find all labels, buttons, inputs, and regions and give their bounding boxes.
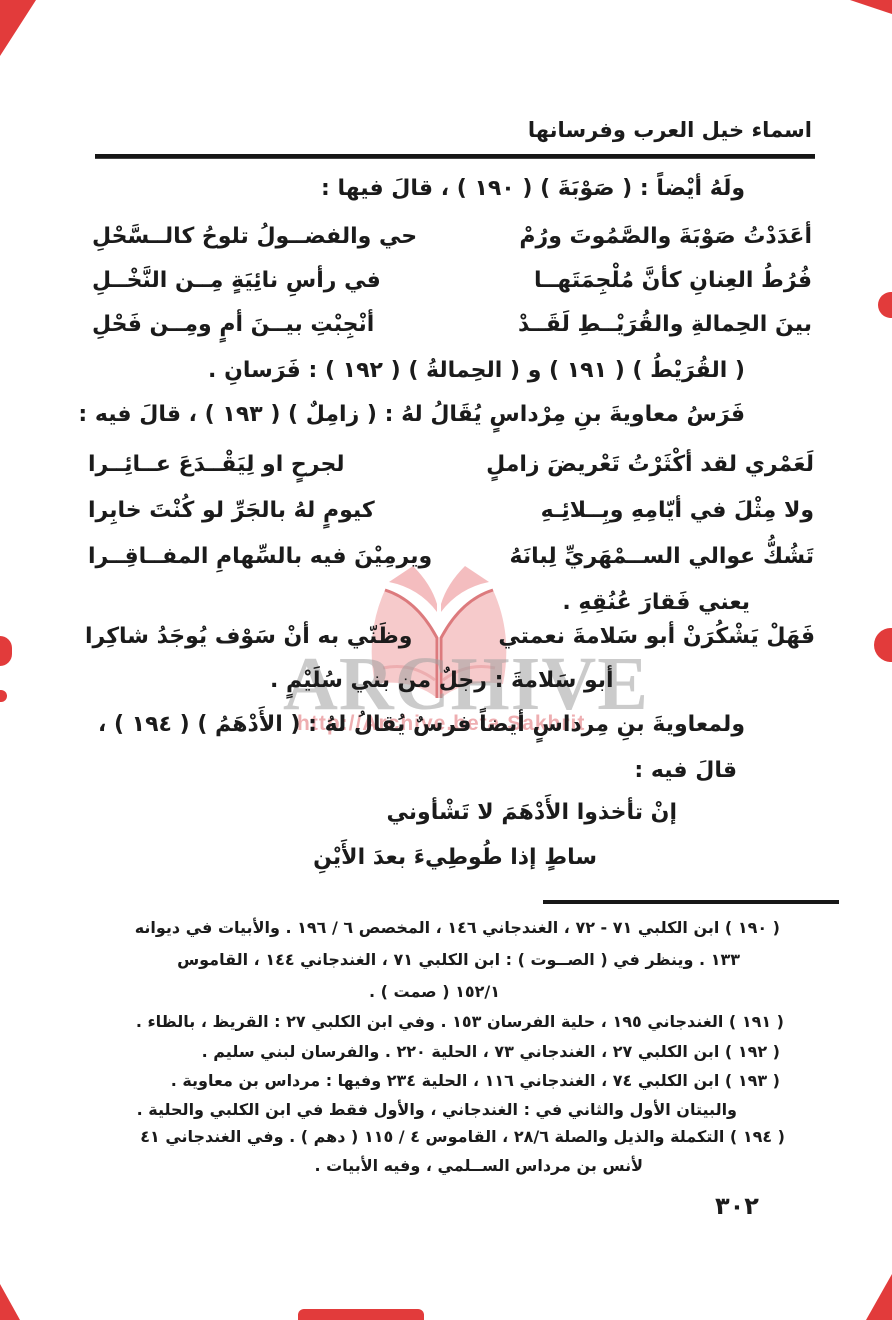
hemistich-right: لَعَمْري لقد أكْثَرْتُ تَعْريضَ زاملٍ [486, 452, 814, 477]
intro-line-sawba: ولَهُ أيْضاً : ( صَوْبَةَ ) ( ١٩٠ ) ، قا… [321, 176, 745, 201]
poem-row-abu-salama: فَهَلْ يَشْكُرَنْ أبو سَلامةَ نعمتي وظَن… [85, 624, 815, 649]
red-edge-mark-top-left [0, 0, 36, 56]
hemistich-right: بينَ الحِمالةِ والقُرَيْــطِ لَقَــدْ [518, 312, 812, 337]
poem1-row-2: فُرُطُ العِنانِ كأنَّ مُلْجِمَتَهــا في … [92, 268, 812, 293]
red-edge-mark-top-right [850, 0, 892, 14]
gloss-line-faqar: يعني فَقارَ عُنُقِهِ . [562, 590, 750, 615]
qala-fih-line: قالَ فيه : [634, 758, 737, 783]
footnote-190-line-2: ١٣٣ . وينظر في ( الصــوت ) : ابن الكلبي … [177, 950, 740, 969]
hemistich-right: فَهَلْ يَشْكُرَنْ أبو سَلامةَ نعمتي [498, 624, 815, 649]
intro-line-zamil: فَرَسُ معاويةَ بنِ مِرْداسٍ يُقَالُ لهُ … [78, 402, 745, 427]
hemistich-right: ولا مِثْلَ في أيّامِهِ وبِــلائِـهِ [541, 498, 814, 523]
red-edge-mark-bottom-left [0, 1284, 20, 1320]
prose-line-qurayt-himala: ( القُرَيْطُ ) ( ١٩١ ) و ( الحِمالةُ ) (… [208, 358, 745, 383]
poem2-row-2: ولا مِثْلَ في أيّامِهِ وبِــلائِـهِ كيوم… [88, 498, 814, 523]
footnote-191: ( ١٩١ ) الغندجاني ١٩٥ ، حلية الفرسان ١٥٣… [136, 1012, 784, 1031]
red-edge-mark-bottom-right [866, 1274, 892, 1320]
footnote-190-line-3: ١٥٢/١ ( صمت ) . [369, 982, 500, 1001]
poem2-row-1: لَعَمْري لقد أكْثَرْتُ تَعْريضَ زاملٍ لج… [88, 452, 814, 477]
red-edge-mark-right-upper [878, 292, 892, 318]
footnote-193-line-2: والبيتان الأول والثاني في : الغندجاني ، … [137, 1100, 737, 1119]
hemistich-right: فُرُطُ العِنانِ كأنَّ مُلْجِمَتَهــا [534, 268, 812, 293]
hemistich-left: كيومٍ لهُ بالجَرِّ لو كُنْتَ خابِرا [88, 498, 375, 523]
poem2-row-3: تَشُكُّ عوالي الســمْهَريِّ لِبانَهُ وير… [88, 544, 814, 569]
poem1-row-3: بينَ الحِمالةِ والقُرَيْــطِ لَقَــدْ أن… [92, 312, 812, 337]
hemistich-right: أعَدَدْتُ صَوْبَةَ والصَّمُوتَ ورُمْ [519, 224, 812, 249]
gloss-line-abu-salama: أبو سَلامةَ : رجلٌ من بني سُلَيْمٍ . [270, 668, 614, 693]
red-edge-mark-left-small [0, 690, 7, 702]
couplet-line-2: ساطٍ إذا طُوطِيءَ بعدَ الأَيْنِ [313, 845, 597, 870]
hemistich-left: في رأسِ نائِيَةٍ مِــن النَّخْــلِ [92, 268, 381, 293]
red-edge-mark-bottom-center [298, 1309, 424, 1320]
page-number: ٣٠٢ [715, 1192, 759, 1220]
red-edge-mark-right-middle [874, 628, 892, 662]
footnote-190-line-1: ( ١٩٠ ) ابن الكلبي ٧١ - ٧٢ ، الغندجاني ١… [135, 918, 780, 937]
footnote-194-line-1: ( ١٩٤ ) التكملة والذيل والصلة ٢٨/٦ ، الق… [140, 1127, 785, 1146]
hemistich-left: وظَنّي به أنْ سَوْف يُوجَدُ شاكِرا [85, 624, 412, 649]
hemistich-right: تَشُكُّ عوالي الســمْهَريِّ لِبانَهُ [510, 544, 814, 569]
footnote-separator-rule [543, 900, 839, 904]
footnote-194-line-2: لأنس بن مرداس الســلمي ، وفيه الأبيات . [314, 1156, 643, 1175]
header-rule [95, 154, 815, 159]
couplet-line-1: إنْ تأخذوا الأَدْهَمَ لا تَشْأوني [387, 800, 677, 825]
page-title: اسماء خيل العرب وفرسانها [528, 118, 812, 142]
poem1-row-1: أعَدَدْتُ صَوْبَةَ والصَّمُوتَ ورُمْ حي … [92, 224, 812, 249]
hemistich-left: حي والفضــولُ تلوحُ كالــسَّحْلِ [92, 224, 417, 249]
footnote-192: ( ١٩٢ ) ابن الكلبي ٢٧ ، الغندجاني ٧٣ ، ا… [202, 1042, 780, 1061]
hemistich-left: أنْجِبْتِ بيــنَ أمٍ ومِــن فَحْلِ [92, 312, 374, 337]
red-edge-mark-left-middle [0, 636, 12, 666]
hemistich-left: ويرمِيْنَ فيه بالسِّهامِ المفــاقِــرا [88, 544, 432, 569]
hemistich-left: لجرحٍ او لِيَقْــدَعَ عــائِــرا [88, 452, 345, 477]
intro-line-adham: ولمعاويةَ بنِ مِرداسٍ أيضاً فرسٌ يُقالُ … [98, 712, 745, 737]
scanned-book-page: ARCHIVE http://Archive.beta.Sakhrit اسما… [0, 0, 892, 1320]
footnote-193-line-1: ( ١٩٣ ) ابن الكلبي ٧٤ ، الغندجاني ١١٦ ، … [171, 1071, 780, 1090]
